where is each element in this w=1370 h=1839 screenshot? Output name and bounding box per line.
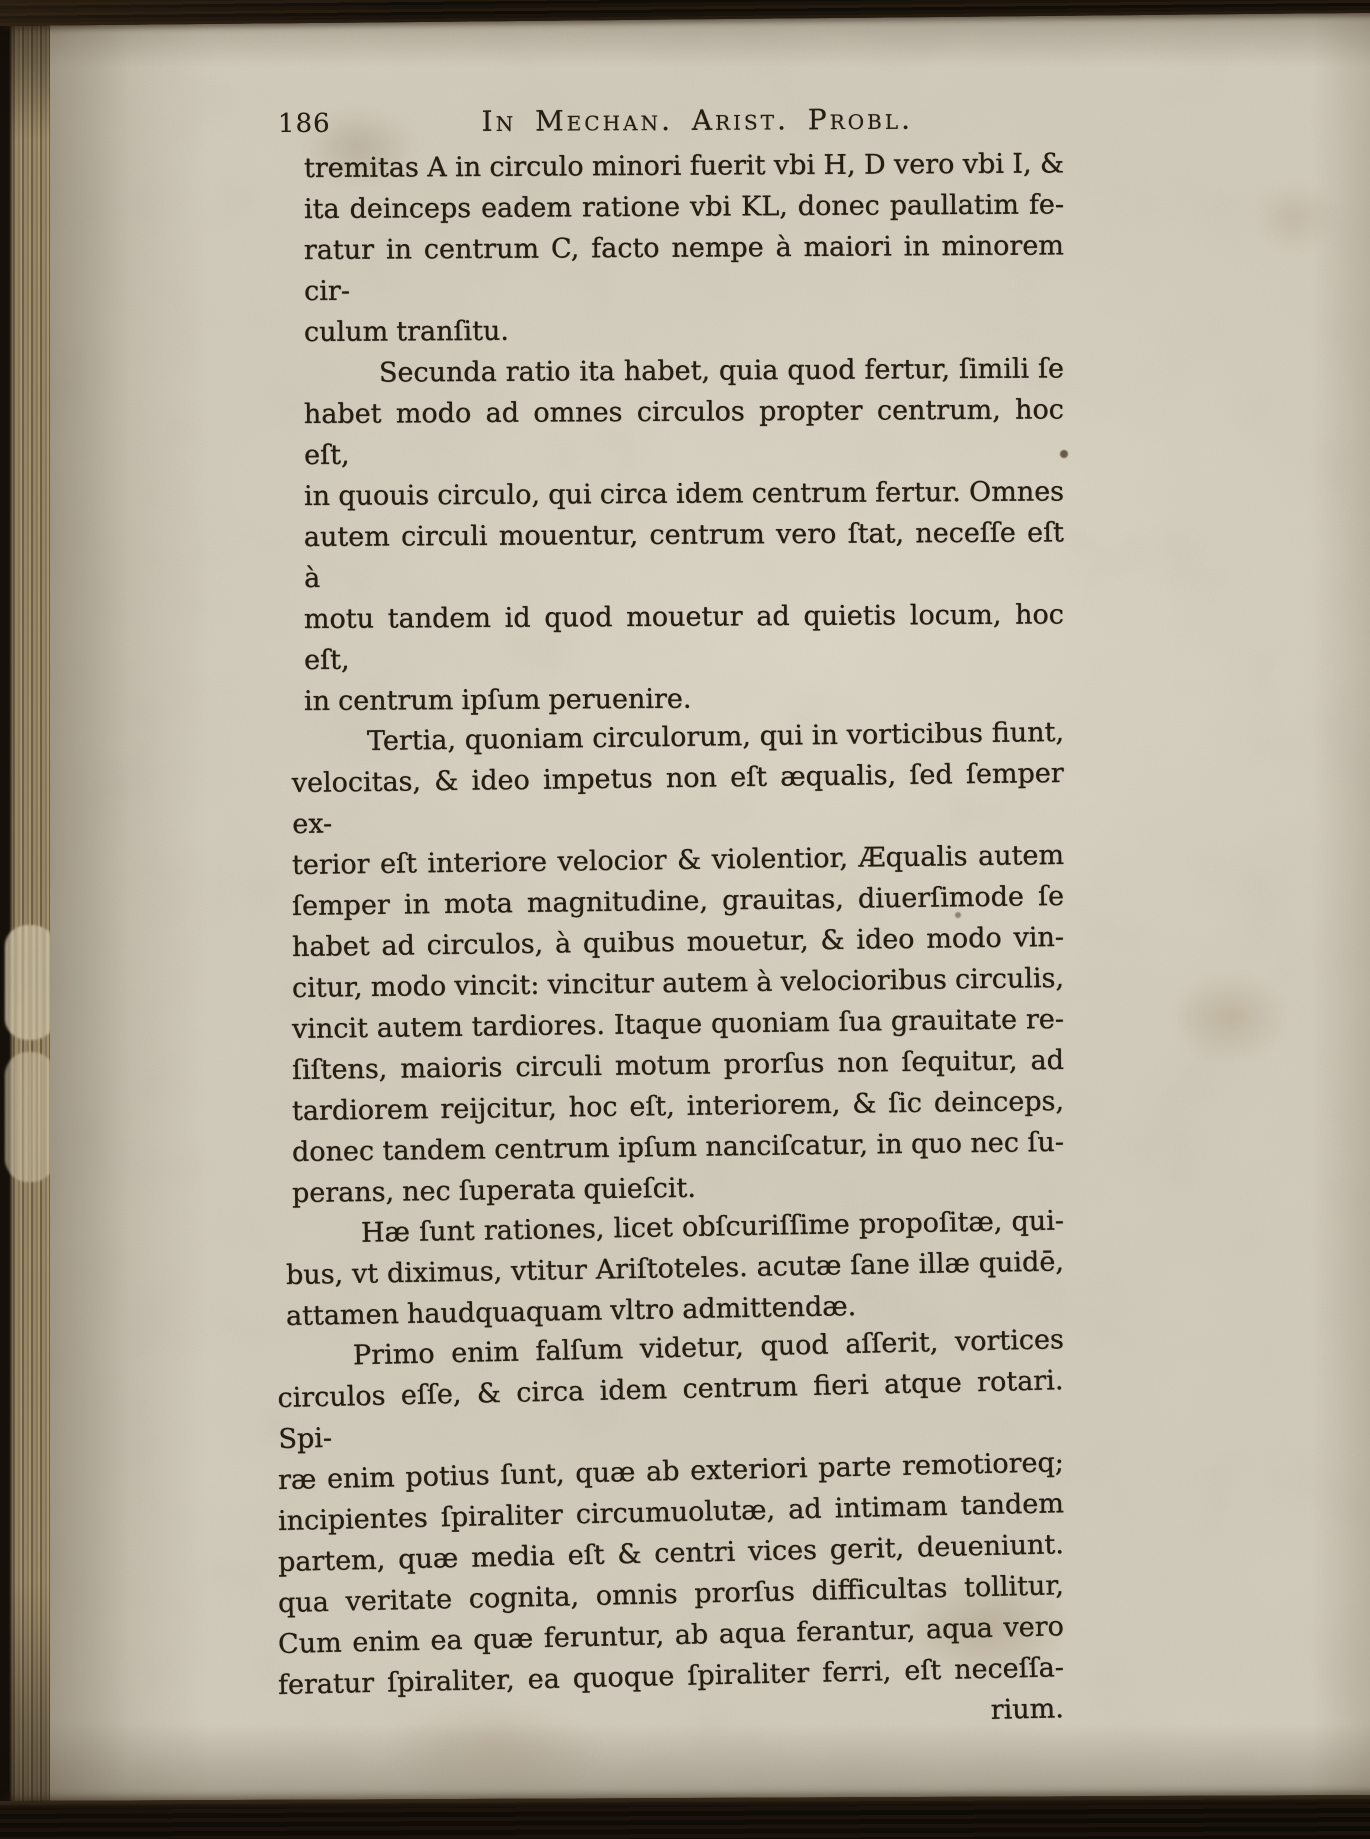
paper-stain xyxy=(1170,972,1290,1062)
running-head-row: 186 In Mechan. Arist. Probl. xyxy=(278,102,1064,139)
text-line: motu tandem id quod mouetur ad quietis l… xyxy=(304,594,1064,681)
text-line: in quouis circulo, qui circa idem centru… xyxy=(304,471,1064,517)
book-bottom-edge xyxy=(0,1795,1370,1839)
paper-stain xyxy=(1255,182,1335,252)
text-line: culum tranſitu. xyxy=(304,307,1064,353)
running-header: In Mechan. Arist. Probl. xyxy=(331,102,1065,139)
page-text: tremitas A in circulo minori fuerit vbi … xyxy=(278,148,1064,1747)
text-line: velocitas, & ideo impetus non eſt æquali… xyxy=(291,753,1064,845)
text-line: tremitas A in circulo minori fuerit vbi … xyxy=(304,143,1064,189)
text-line: ratur in centrum C, facto nempe à maiori… xyxy=(304,225,1064,312)
book-page: 186 In Mechan. Arist. Probl. tremitas A … xyxy=(50,12,1370,1803)
text-line: ita deinceps eadem ratione vbi KL, donec… xyxy=(304,184,1064,230)
text-line: habet modo ad omnes circulos propter cen… xyxy=(304,389,1064,476)
text-line: autem circuli mouentur, centrum vero ſta… xyxy=(304,512,1064,599)
book-scan: 186 In Mechan. Arist. Probl. tremitas A … xyxy=(0,0,1370,1839)
page-edge-highlight xyxy=(5,925,55,1040)
text-line: Secunda ratio ita habet, quia quod fertu… xyxy=(304,348,1064,394)
page-edge-highlight xyxy=(5,1052,55,1182)
page-number: 186 xyxy=(278,109,331,139)
